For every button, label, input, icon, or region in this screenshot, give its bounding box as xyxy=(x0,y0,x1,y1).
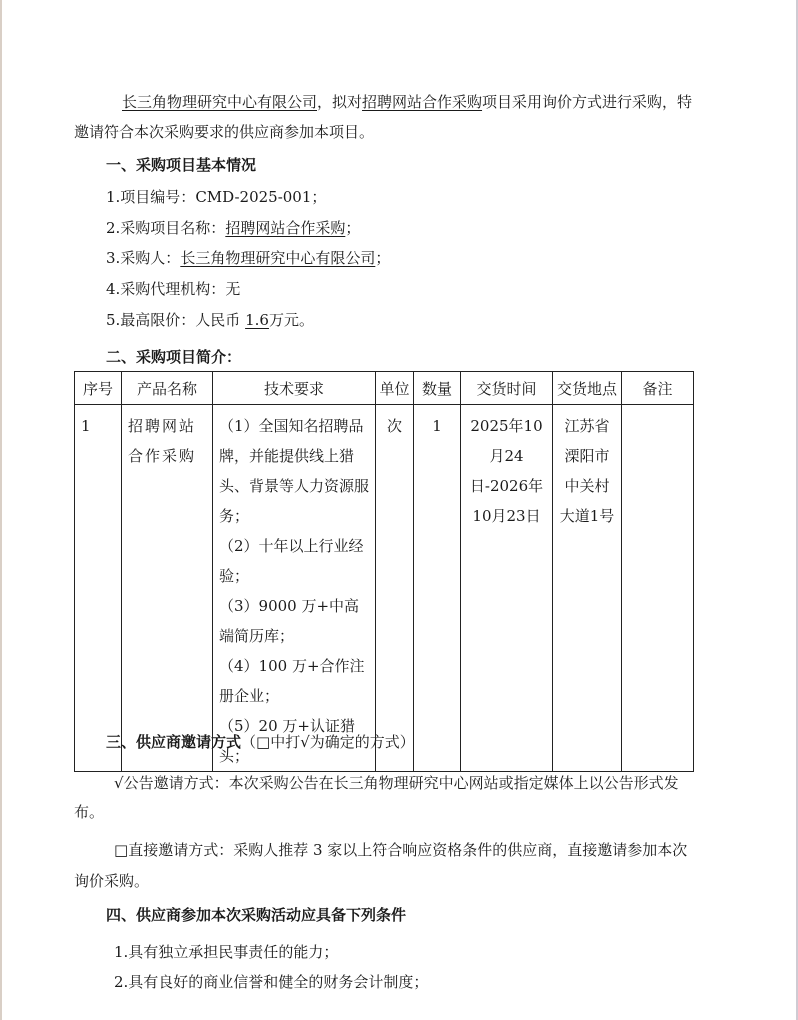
condition-item: 2.具有良好的商业信誉和健全的财务会计制度； xyxy=(114,972,428,992)
column-header: 数量 xyxy=(414,372,461,405)
procurement-table: 序号 产品名称 技术要求 单位 数量 交货时间 交货地点 备注 1 招聘网站合作… xyxy=(74,371,694,772)
checkmark-icon: √ xyxy=(114,774,124,792)
intro-line-1: 长三角物理研究中心有限公司，拟对招聘网站合作采购项目采用询价方式进行采购，特 xyxy=(122,92,692,112)
info-item: 2.采购项目名称：招聘网站合作采购； xyxy=(106,218,360,238)
requirement-item: （1）全国知名招聘品牌，并能提供线上猎头、背景等人力资源服务； xyxy=(219,411,369,531)
item-suffix: ； xyxy=(311,188,326,206)
invite-option-public: √公告邀请方式：本次采购公告在长三角物理研究中心网站或指定媒体上以公告形式发 xyxy=(114,773,679,793)
column-header: 产品名称 xyxy=(122,372,213,405)
requirement-item: （4）100 万+合作注册企业； xyxy=(219,651,369,711)
item-suffix: 万元。 xyxy=(269,311,314,329)
table-header-row: 序号 产品名称 技术要求 单位 数量 交货时间 交货地点 备注 xyxy=(75,372,694,405)
item-label: 3.采购人： xyxy=(106,249,180,267)
option-text: 公告邀请方式：本次采购公告在长三角物理研究中心网站或指定媒体上以公告形式发 xyxy=(124,774,679,792)
invite-option-direct: □直接邀请方式：采购人推荐 3 家以上符合响应资格条件的供应商，直接邀请参加本次 xyxy=(114,840,687,860)
info-item: 3.采购人：长三角物理研究中心有限公司； xyxy=(106,248,390,268)
item-suffix: ； xyxy=(345,219,360,237)
option-text-cont: 询价采购。 xyxy=(74,871,149,891)
item-label: 5.最高限价：人民币 xyxy=(106,311,245,329)
checkbox-icon: □ xyxy=(114,841,128,859)
column-header: 备注 xyxy=(622,372,694,405)
column-header: 交货时间 xyxy=(461,372,553,405)
buyer-name: 长三角物理研究中心有限公司 xyxy=(122,93,317,111)
item-label: 1.项目编号： xyxy=(106,188,195,206)
column-header: 单位 xyxy=(376,372,414,405)
intro-text: ，拟对 xyxy=(317,93,362,111)
intro-line-2: 邀请符合本次采购要求的供应商参加本项目。 xyxy=(74,122,374,142)
info-item: 4.采购代理机构：无 xyxy=(106,279,240,299)
section-title-line: 三、供应商邀请方式（□中打√为确定的方式） xyxy=(106,732,415,752)
cell-index: 1 xyxy=(75,405,121,441)
section-title: 四、供应商参加本次采购活动应具备下列条件 xyxy=(106,905,406,925)
table-row: 1 招聘网站合作采购 （1）全国知名招聘品牌，并能提供线上猎头、背景等人力资源服… xyxy=(75,405,694,772)
item-label: 2.采购项目名称： xyxy=(106,219,225,237)
item-label: 4.采购代理机构： xyxy=(106,280,225,298)
item-value: 无 xyxy=(225,280,240,298)
requirement-item: （3）9000 万+中高端简历库； xyxy=(219,591,369,651)
section-title: 二、采购项目简介： xyxy=(106,347,241,367)
info-item: 5.最高限价：人民币 1.6万元。 xyxy=(106,310,314,330)
item-suffix: ； xyxy=(375,249,390,267)
cell-remark xyxy=(622,405,693,411)
cell-unit: 次 xyxy=(376,405,413,441)
page-edge xyxy=(0,0,2,1020)
cell-requirements: （1）全国知名招聘品牌，并能提供线上猎头、背景等人力资源服务； （2）十年以上行… xyxy=(213,405,375,771)
section-title: 一、采购项目基本情况 xyxy=(106,155,256,175)
item-value: 长三角物理研究中心有限公司 xyxy=(180,249,375,267)
cell-quantity: 1 xyxy=(414,405,460,441)
column-header: 技术要求 xyxy=(213,372,376,405)
column-header: 序号 xyxy=(75,372,122,405)
cell-delivery-time: 2025年10月24日-2026年10月23日 xyxy=(461,405,552,531)
info-item: 1.项目编号：CMD-2025-001； xyxy=(106,187,326,207)
item-value: 招聘网站合作采购 xyxy=(225,219,345,237)
option-text: 直接邀请方式：采购人推荐 3 家以上符合响应资格条件的供应商，直接邀请参加本次 xyxy=(128,841,687,859)
item-value: CMD-2025-001 xyxy=(195,188,311,206)
item-value: 1.6 xyxy=(245,311,269,329)
project-name: 招聘网站合作采购 xyxy=(362,93,482,111)
section-title-note: （□中打√为确定的方式） xyxy=(241,733,415,751)
option-text-cont: 布。 xyxy=(74,802,104,822)
section-title: 三、供应商邀请方式 xyxy=(106,733,241,751)
requirement-item: （2）十年以上行业经验； xyxy=(219,531,369,591)
cell-product: 招聘网站合作采购 xyxy=(122,405,212,471)
cell-delivery-place: 江苏省溧阳市中关村大道1号 xyxy=(553,405,621,531)
condition-item: 1.具有独立承担民事责任的能力； xyxy=(114,942,338,962)
intro-text: 项目采用询价方式进行采购，特 xyxy=(482,93,692,111)
column-header: 交货地点 xyxy=(553,372,622,405)
